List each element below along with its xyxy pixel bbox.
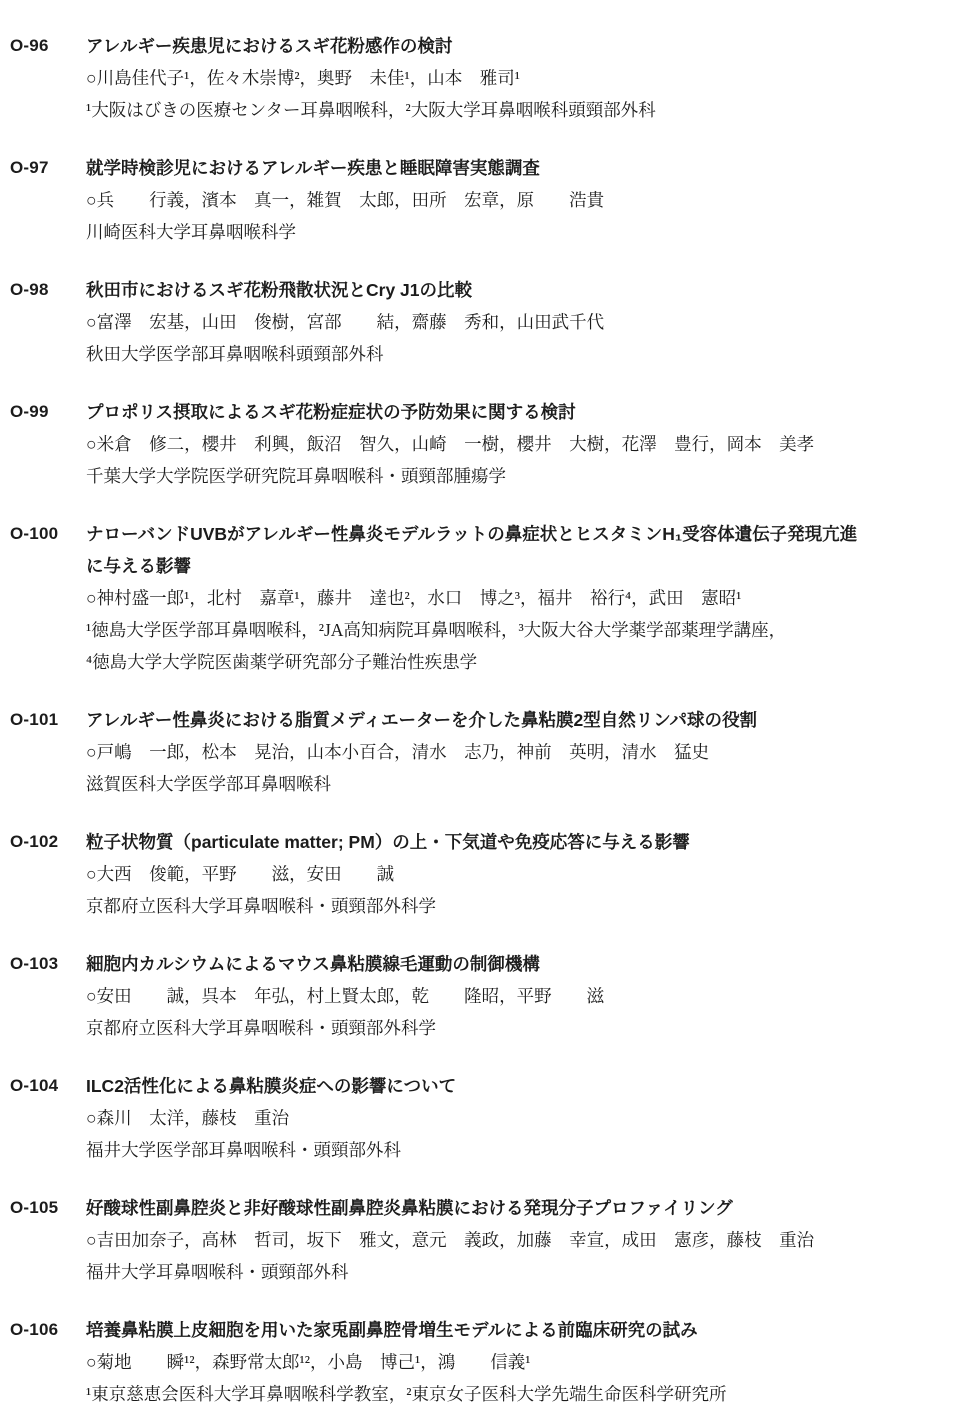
- entry-affiliation-line: ¹徳島大学医学部耳鼻咽喉科，²JA高知病院耳鼻咽喉科，³大阪大谷大学薬学部薬理学…: [86, 614, 956, 646]
- program-entry: O-99 プロポリス摂取によるスギ花粉症症状の予防効果に関する検討 ○米倉 修二…: [10, 396, 956, 492]
- entry-title-line: 就学時検診児におけるアレルギー疾患と睡眠障害実態調査: [86, 152, 956, 184]
- program-entry: O-106 培養鼻粘膜上皮細胞を用いた家兎副鼻腔骨増生モデルによる前臨床研究の試…: [10, 1314, 956, 1410]
- entry-affiliation-line: ⁴徳島大学大学院医歯薬学研究部分子難治性疾患学: [86, 646, 956, 678]
- entry-content: アレルギー疾患児におけるスギ花粉感作の検討 ○川島佳代子¹，佐々木崇博²，奥野 …: [86, 30, 956, 126]
- entry-authors: ○米倉 修二，櫻井 利興，飯沼 智久，山崎 一樹，櫻井 大樹，花澤 豊行，岡本 …: [86, 428, 956, 460]
- program-entry: O-104 ILC2活性化による鼻粘膜炎症への影響について ○森川 太洋，藤枝 …: [10, 1070, 956, 1166]
- entry-content: 就学時検診児におけるアレルギー疾患と睡眠障害実態調査 ○兵 行義，濱本 真一，雑…: [86, 152, 956, 248]
- entry-affiliation-line: ¹大阪はびきの医療センター耳鼻咽喉科，²大阪大学耳鼻咽喉科頭頸部外科: [86, 94, 956, 126]
- entry-authors: ○大西 俊範，平野 滋，安田 誠: [86, 858, 956, 890]
- entry-number: O-99: [10, 396, 86, 428]
- entry-authors: ○安田 誠，呉本 年弘，村上賢太郎，乾 隆昭，平野 滋: [86, 980, 956, 1012]
- entry-authors: ○森川 太洋，藤枝 重治: [86, 1102, 956, 1134]
- program-page: O-96 アレルギー疾患児におけるスギ花粉感作の検討 ○川島佳代子¹，佐々木崇博…: [0, 0, 968, 1410]
- entry-affiliation-line: 京都府立医科大学耳鼻咽喉科・頭頸部外科学: [86, 1012, 956, 1044]
- entry-content: 好酸球性副鼻腔炎と非好酸球性副鼻腔炎鼻粘膜における発現分子プロファイリング ○吉…: [86, 1192, 956, 1288]
- entry-content: 培養鼻粘膜上皮細胞を用いた家兎副鼻腔骨増生モデルによる前臨床研究の試み ○菊地 …: [86, 1314, 956, 1410]
- program-entry: O-100 ナローバンドUVBがアレルギー性鼻炎モデルラットの鼻症状とヒスタミン…: [10, 518, 956, 678]
- entry-authors: ○神村盛一郎¹，北村 嘉章¹，藤井 達也²，水口 博之³，福井 裕行⁴，武田 憲…: [86, 582, 956, 614]
- entry-authors: ○富澤 宏基，山田 俊樹，宮部 結，齋藤 秀和，山田武千代: [86, 306, 956, 338]
- entry-title-line: 粒子状物質（particulate matter; PM）の上・下気道や免疫応答…: [86, 826, 956, 858]
- program-entry: O-101 アレルギー性鼻炎における脂質メディエーターを介した鼻粘膜2型自然リン…: [10, 704, 956, 800]
- program-entry: O-98 秋田市におけるスギ花粉飛散状況とCry J1の比較 ○富澤 宏基，山田…: [10, 274, 956, 370]
- entry-content: 細胞内カルシウムによるマウス鼻粘膜線毛運動の制御機構 ○安田 誠，呉本 年弘，村…: [86, 948, 956, 1044]
- entry-title-line: プロポリス摂取によるスギ花粉症症状の予防効果に関する検討: [86, 396, 956, 428]
- entry-affiliation-line: 滋賀医科大学医学部耳鼻咽喉科: [86, 768, 956, 800]
- entry-authors: ○川島佳代子¹，佐々木崇博²，奥野 未佳¹，山本 雅司¹: [86, 62, 956, 94]
- entry-title-line: アレルギー性鼻炎における脂質メディエーターを介した鼻粘膜2型自然リンパ球の役割: [86, 704, 956, 736]
- entry-authors: ○吉田加奈子，高林 哲司，坂下 雅文，意元 義政，加藤 幸宣，成田 憲彦，藤枝 …: [86, 1224, 956, 1256]
- entry-affiliation-line: 京都府立医科大学耳鼻咽喉科・頭頸部外科学: [86, 890, 956, 922]
- entry-authors: ○戸嶋 一郎，松本 晃治，山本小百合，清水 志乃，神前 英明，清水 猛史: [86, 736, 956, 768]
- entry-content: アレルギー性鼻炎における脂質メディエーターを介した鼻粘膜2型自然リンパ球の役割 …: [86, 704, 956, 800]
- program-entry: O-96 アレルギー疾患児におけるスギ花粉感作の検討 ○川島佳代子¹，佐々木崇博…: [10, 30, 956, 126]
- entry-number: O-98: [10, 274, 86, 306]
- entry-affiliation-line: ¹東京慈恵会医科大学耳鼻咽喉科学教室，²東京女子医科大学先端生命医科学研究所: [86, 1378, 956, 1410]
- entry-number: O-106: [10, 1314, 86, 1346]
- entry-title-line: に与える影響: [86, 550, 956, 582]
- entry-affiliation-line: 福井大学医学部耳鼻咽喉科・頭頸部外科: [86, 1134, 956, 1166]
- entry-title-line: ナローバンドUVBがアレルギー性鼻炎モデルラットの鼻症状とヒスタミンH₁受容体遺…: [86, 518, 956, 550]
- entry-affiliation-line: 千葉大学大学院医学研究院耳鼻咽喉科・頭頸部腫瘍学: [86, 460, 956, 492]
- entry-number: O-100: [10, 518, 86, 550]
- entry-title-line: 秋田市におけるスギ花粉飛散状況とCry J1の比較: [86, 274, 956, 306]
- entry-title-line: アレルギー疾患児におけるスギ花粉感作の検討: [86, 30, 956, 62]
- entry-content: 秋田市におけるスギ花粉飛散状況とCry J1の比較 ○富澤 宏基，山田 俊樹，宮…: [86, 274, 956, 370]
- entry-title-line: 培養鼻粘膜上皮細胞を用いた家兎副鼻腔骨増生モデルによる前臨床研究の試み: [86, 1314, 956, 1346]
- entry-content: ILC2活性化による鼻粘膜炎症への影響について ○森川 太洋，藤枝 重治 福井大…: [86, 1070, 956, 1166]
- entry-affiliation-line: 福井大学耳鼻咽喉科・頭頸部外科: [86, 1256, 956, 1288]
- entry-number: O-103: [10, 948, 86, 980]
- program-entry: O-97 就学時検診児におけるアレルギー疾患と睡眠障害実態調査 ○兵 行義，濱本…: [10, 152, 956, 248]
- entry-content: 粒子状物質（particulate matter; PM）の上・下気道や免疫応答…: [86, 826, 956, 922]
- entry-content: ナローバンドUVBがアレルギー性鼻炎モデルラットの鼻症状とヒスタミンH₁受容体遺…: [86, 518, 956, 678]
- entry-number: O-101: [10, 704, 86, 736]
- entry-number: O-96: [10, 30, 86, 62]
- entry-number: O-102: [10, 826, 86, 858]
- entry-affiliation-line: 川崎医科大学耳鼻咽喉科学: [86, 216, 956, 248]
- entry-content: プロポリス摂取によるスギ花粉症症状の予防効果に関する検討 ○米倉 修二，櫻井 利…: [86, 396, 956, 492]
- entry-title-line: 細胞内カルシウムによるマウス鼻粘膜線毛運動の制御機構: [86, 948, 956, 980]
- entry-title-line: ILC2活性化による鼻粘膜炎症への影響について: [86, 1070, 956, 1102]
- entry-number: O-105: [10, 1192, 86, 1224]
- entry-affiliation-line: 秋田大学医学部耳鼻咽喉科頭頸部外科: [86, 338, 956, 370]
- entry-number: O-104: [10, 1070, 86, 1102]
- program-entry: O-102 粒子状物質（particulate matter; PM）の上・下気…: [10, 826, 956, 922]
- entry-title-line: 好酸球性副鼻腔炎と非好酸球性副鼻腔炎鼻粘膜における発現分子プロファイリング: [86, 1192, 956, 1224]
- entry-number: O-97: [10, 152, 86, 184]
- program-entry: O-103 細胞内カルシウムによるマウス鼻粘膜線毛運動の制御機構 ○安田 誠，呉…: [10, 948, 956, 1044]
- entry-authors: ○菊地 瞬¹²，森野常太郎¹²，小島 博己¹，鴻 信義¹: [86, 1346, 956, 1378]
- entry-authors: ○兵 行義，濱本 真一，雑賀 太郎，田所 宏章，原 浩貴: [86, 184, 956, 216]
- program-entry: O-105 好酸球性副鼻腔炎と非好酸球性副鼻腔炎鼻粘膜における発現分子プロファイ…: [10, 1192, 956, 1288]
